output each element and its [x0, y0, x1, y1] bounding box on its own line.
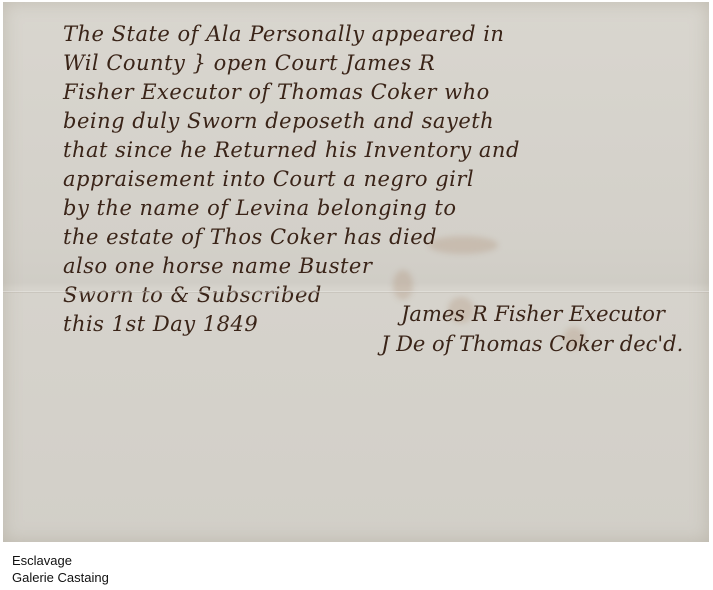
text-line: appraisement into Court a negro girl [63, 165, 713, 194]
caption-title: Esclavage [12, 552, 109, 569]
text-line: being duly Sworn deposeth and sayeth [63, 107, 713, 136]
executor-signature: James R Fisher Executor [401, 302, 665, 326]
text-line: The State of Ala Personally appeared in [63, 20, 713, 49]
image-caption: Esclavage Galerie Castaing [12, 552, 109, 586]
text-line: also one horse name Buster [63, 252, 713, 281]
caption-source: Galerie Castaing [12, 569, 109, 586]
text-line: by the name of Levina belonging to [63, 194, 713, 223]
text-line: that since he Returned his Inventory and [63, 136, 713, 165]
estate-signature: J De of Thomas Coker dec'd. [381, 332, 683, 356]
text-line: Fisher Executor of Thomas Coker who [63, 78, 713, 107]
handwritten-text: The State of Ala Personally appeared in … [63, 20, 713, 339]
text-line: Wil County } open Court James R [63, 49, 713, 78]
manuscript-paper: The State of Ala Personally appeared in … [3, 2, 709, 542]
text-line: the estate of Thos Coker has died [63, 223, 713, 252]
